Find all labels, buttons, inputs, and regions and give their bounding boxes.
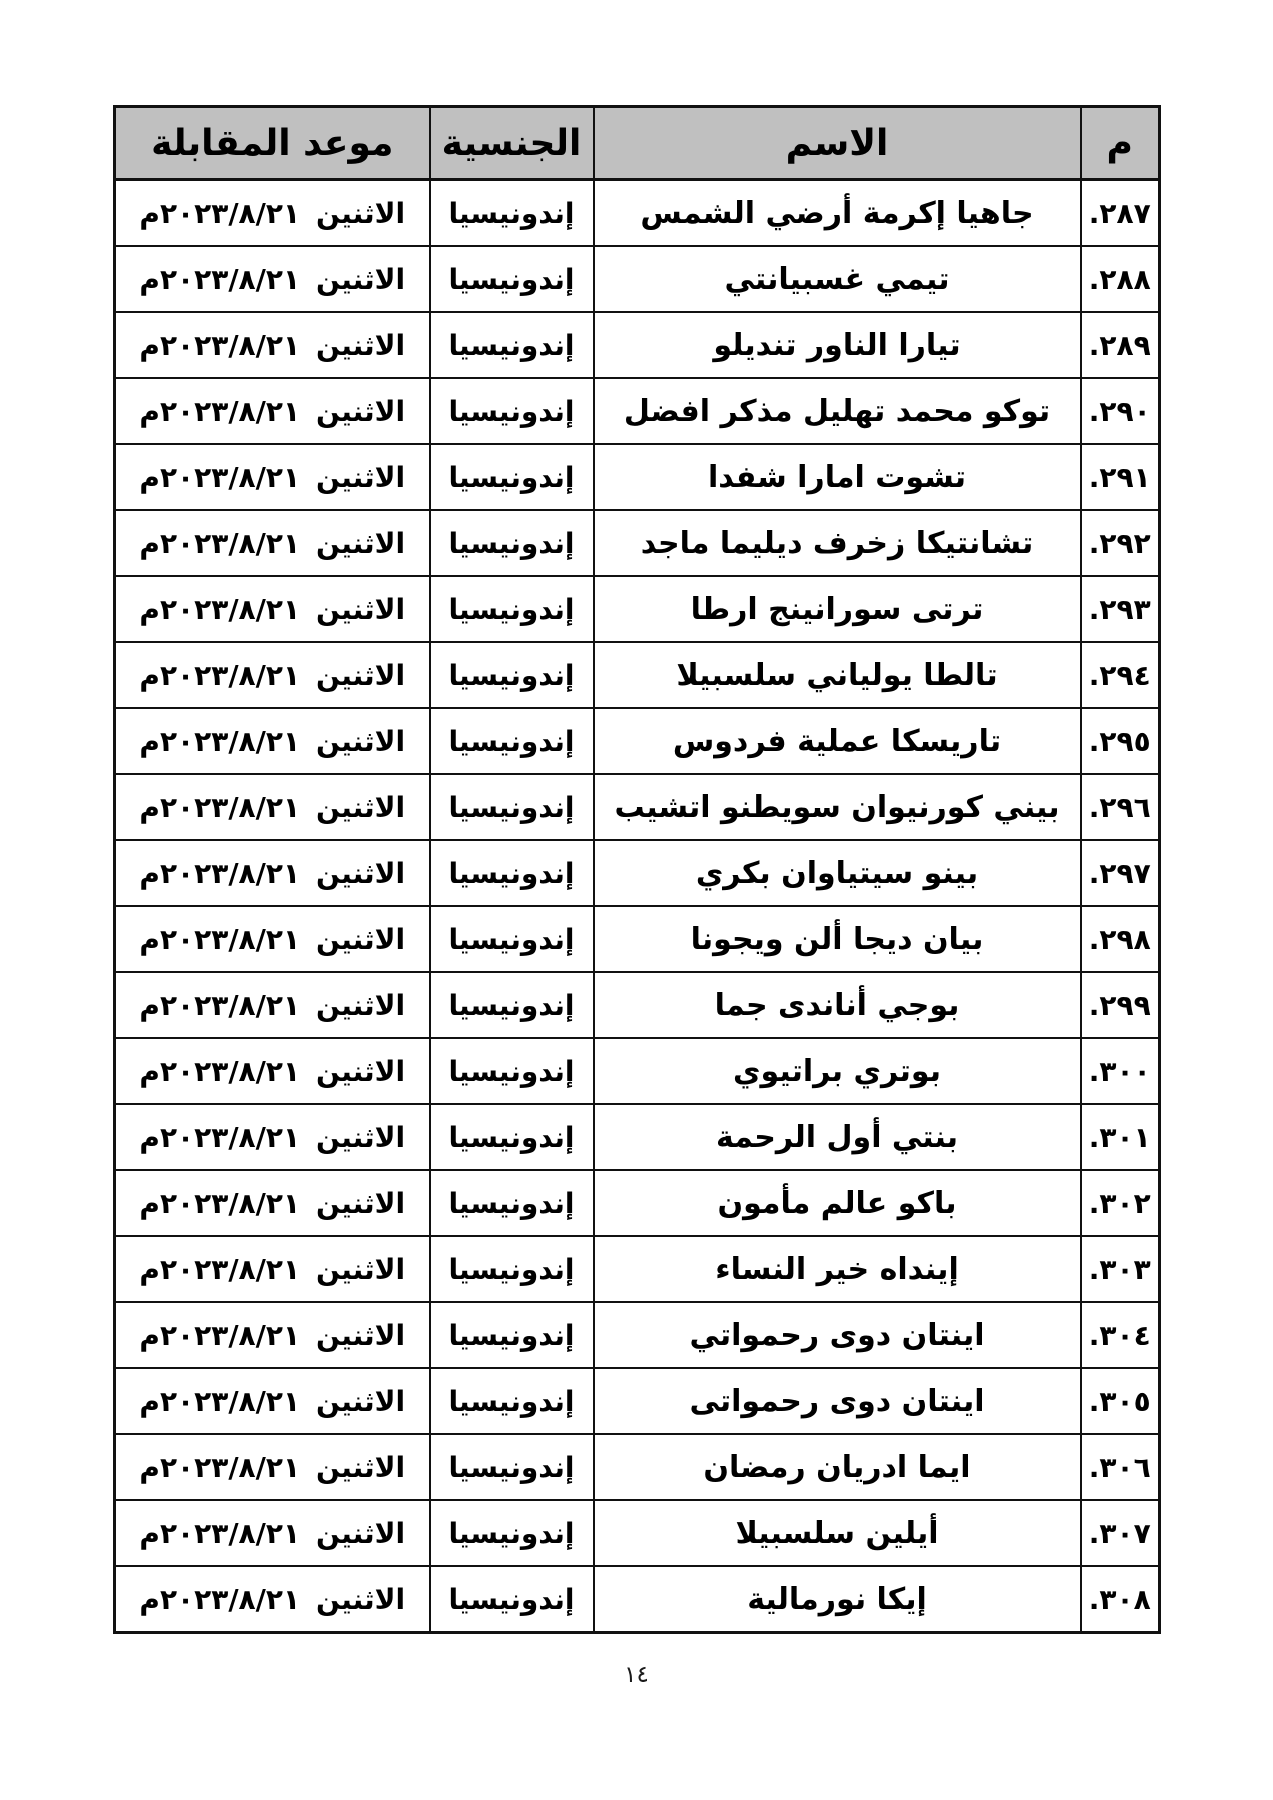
- table-row: ٣٠٨.إيكا نورماليةإندونيسياالاثنين٢٠٢٣/٨/…: [115, 1566, 1160, 1633]
- interview-date: ٢٠٢٣/٨/٢١م: [139, 989, 300, 1022]
- table-row: ٣٠٣.إينداه خير النساءإندونيسياالاثنين٢٠٢…: [115, 1236, 1160, 1302]
- header-row: م الاسم الجنسية موعد المقابلة: [115, 107, 1160, 180]
- interview-date-cell: الاثنين٢٠٢٣/٨/٢١م: [115, 1104, 430, 1170]
- interview-date-cell: الاثنين٢٠٢٣/٨/٢١م: [115, 246, 430, 312]
- row-number-cell: ٢٨٧.: [1081, 180, 1160, 247]
- table-row: ٢٩٢.تشانتيكا زخرف ديليما ماجدإندونيسياال…: [115, 510, 1160, 576]
- table-row: ٢٩٣.ترتى سورانينج ارطاإندونيسياالاثنين٢٠…: [115, 576, 1160, 642]
- interview-date-cell: الاثنين٢٠٢٣/٨/٢١م: [115, 1302, 430, 1368]
- page-number: ١٤: [0, 1662, 1273, 1688]
- row-number-cell: ٢٩١.: [1081, 444, 1160, 510]
- table-row: ٣٠٦.ايما ادريان رمضانإندونيسياالاثنين٢٠٢…: [115, 1434, 1160, 1500]
- name-cell: باكو عالم مأمون: [594, 1170, 1081, 1236]
- name-cell: تالطا يولياني سلسبيلا: [594, 642, 1081, 708]
- nationality-cell: إندونيسيا: [430, 510, 594, 576]
- nationality-cell: إندونيسيا: [430, 576, 594, 642]
- interview-date: ٢٠٢٣/٨/٢١م: [139, 1385, 300, 1418]
- interview-day: الاثنين: [316, 461, 405, 494]
- interview-day: الاثنين: [316, 989, 405, 1022]
- nationality-cell: إندونيسيا: [430, 1368, 594, 1434]
- table-row: ٣٠٢.باكو عالم مأمونإندونيسياالاثنين٢٠٢٣/…: [115, 1170, 1160, 1236]
- header-nationality: الجنسية: [430, 107, 594, 180]
- name-cell: تيمي غسبيانتي: [594, 246, 1081, 312]
- row-number-cell: ٢٩٥.: [1081, 708, 1160, 774]
- interview-day: الاثنين: [316, 329, 405, 362]
- interview-day: الاثنين: [316, 1121, 405, 1154]
- header-interview-date: موعد المقابلة: [115, 107, 430, 180]
- table-row: ٣٠٤.اينتان دوى رحمواتيإندونيسياالاثنين٢٠…: [115, 1302, 1160, 1368]
- interview-date-cell: الاثنين٢٠٢٣/٨/٢١م: [115, 972, 430, 1038]
- interview-day: الاثنين: [316, 1385, 405, 1418]
- interview-date-cell: الاثنين٢٠٢٣/٨/٢١م: [115, 1500, 430, 1566]
- nationality-cell: إندونيسيا: [430, 1170, 594, 1236]
- table-row: ٣٠٧.أيلين سلسبيلاإندونيسياالاثنين٢٠٢٣/٨/…: [115, 1500, 1160, 1566]
- interview-date-cell: الاثنين٢٠٢٣/٨/٢١م: [115, 906, 430, 972]
- name-cell: بيني كورنيوان سويطنو اتشيب: [594, 774, 1081, 840]
- row-number-cell: ٢٩٧.: [1081, 840, 1160, 906]
- interview-date: ٢٠٢٣/٨/٢١م: [139, 1187, 300, 1220]
- nationality-cell: إندونيسيا: [430, 444, 594, 510]
- interview-day: الاثنين: [316, 593, 405, 626]
- interview-date: ٢٠٢٣/٨/٢١م: [139, 1517, 300, 1550]
- interview-date-cell: الاثنين٢٠٢٣/٨/٢١م: [115, 840, 430, 906]
- interview-day: الاثنين: [316, 857, 405, 890]
- table-row: ٢٩٦.بيني كورنيوان سويطنو اتشيبإندونيسياا…: [115, 774, 1160, 840]
- interview-date: ٢٠٢٣/٨/٢١م: [139, 527, 300, 560]
- interview-date: ٢٠٢٣/٨/٢١م: [139, 923, 300, 956]
- row-number-cell: ٢٩٩.: [1081, 972, 1160, 1038]
- name-cell: بوجي أناندى جما: [594, 972, 1081, 1038]
- name-cell: تاريسكا عملية فردوس: [594, 708, 1081, 774]
- table-row: ٢٨٩.تيارا الناور تنديلوإندونيسياالاثنين٢…: [115, 312, 1160, 378]
- interview-date-cell: الاثنين٢٠٢٣/٨/٢١م: [115, 576, 430, 642]
- interview-day: الاثنين: [316, 1187, 405, 1220]
- interview-date: ٢٠٢٣/٨/٢١م: [139, 1451, 300, 1484]
- table-row: ٢٩٧.بينو سيتياوان بكريإندونيسياالاثنين٢٠…: [115, 840, 1160, 906]
- nationality-cell: إندونيسيا: [430, 774, 594, 840]
- interview-date: ٢٠٢٣/٨/٢١م: [139, 1319, 300, 1352]
- row-number-cell: ٢٩٣.: [1081, 576, 1160, 642]
- interview-date: ٢٠٢٣/٨/٢١م: [139, 395, 300, 428]
- header-number: م: [1081, 107, 1160, 180]
- interview-date: ٢٠٢٣/٨/٢١م: [139, 263, 300, 296]
- name-cell: اينتان دوى رحمواتي: [594, 1302, 1081, 1368]
- table-row: ٢٨٧.جاهيا إكرمة أرضي الشمسإندونيسياالاثن…: [115, 180, 1160, 247]
- interview-date-cell: الاثنين٢٠٢٣/٨/٢١م: [115, 774, 430, 840]
- interview-date-cell: الاثنين٢٠٢٣/٨/٢١م: [115, 1038, 430, 1104]
- table-row: ٢٩٨.بيان ديجا ألن ويجوناإندونيسياالاثنين…: [115, 906, 1160, 972]
- name-cell: بنتي أول الرحمة: [594, 1104, 1081, 1170]
- name-cell: جاهيا إكرمة أرضي الشمس: [594, 180, 1081, 247]
- interview-day: الاثنين: [316, 1583, 405, 1616]
- interview-day: الاثنين: [316, 197, 405, 230]
- row-number-cell: ٣٠٤.: [1081, 1302, 1160, 1368]
- row-number-cell: ٣٠٧.: [1081, 1500, 1160, 1566]
- nationality-cell: إندونيسيا: [430, 1038, 594, 1104]
- name-cell: إينداه خير النساء: [594, 1236, 1081, 1302]
- row-number-cell: ٢٩٨.: [1081, 906, 1160, 972]
- name-cell: بيان ديجا ألن ويجونا: [594, 906, 1081, 972]
- interview-date: ٢٠٢٣/٨/٢١م: [139, 461, 300, 494]
- interview-date: ٢٠٢٣/٨/٢١م: [139, 857, 300, 890]
- name-cell: تشوت امارا شفدا: [594, 444, 1081, 510]
- nationality-cell: إندونيسيا: [430, 840, 594, 906]
- row-number-cell: ٣٠٠.: [1081, 1038, 1160, 1104]
- name-cell: ايما ادريان رمضان: [594, 1434, 1081, 1500]
- interview-date-cell: الاثنين٢٠٢٣/٨/٢١م: [115, 1236, 430, 1302]
- table-row: ٣٠٥.اينتان دوى رحمواتىإندونيسياالاثنين٢٠…: [115, 1368, 1160, 1434]
- interview-date-cell: الاثنين٢٠٢٣/٨/٢١م: [115, 312, 430, 378]
- interview-date-cell: الاثنين٢٠٢٣/٨/٢١م: [115, 1566, 430, 1633]
- nationality-cell: إندونيسيا: [430, 1566, 594, 1633]
- row-number-cell: ٣٠١.: [1081, 1104, 1160, 1170]
- interview-day: الاثنين: [316, 1253, 405, 1286]
- nationality-cell: إندونيسيا: [430, 1104, 594, 1170]
- row-number-cell: ٣٠٦.: [1081, 1434, 1160, 1500]
- header-name: الاسم: [594, 107, 1081, 180]
- name-cell: بينو سيتياوان بكري: [594, 840, 1081, 906]
- table-row: ٣٠٠.بوتري براتيويإندونيسياالاثنين٢٠٢٣/٨/…: [115, 1038, 1160, 1104]
- interview-date-cell: الاثنين٢٠٢٣/٨/٢١م: [115, 642, 430, 708]
- row-number-cell: ٣٠٨.: [1081, 1566, 1160, 1633]
- nationality-cell: إندونيسيا: [430, 1302, 594, 1368]
- nationality-cell: إندونيسيا: [430, 1434, 594, 1500]
- name-cell: تيارا الناور تنديلو: [594, 312, 1081, 378]
- interview-date-cell: الاثنين٢٠٢٣/٨/٢١م: [115, 1434, 430, 1500]
- row-number-cell: ٢٩٤.: [1081, 642, 1160, 708]
- interview-date: ٢٠٢٣/٨/٢١م: [139, 791, 300, 824]
- interview-date: ٢٠٢٣/٨/٢١م: [139, 1253, 300, 1286]
- interview-date-cell: الاثنين٢٠٢٣/٨/٢١م: [115, 1170, 430, 1236]
- interview-date: ٢٠٢٣/٨/٢١م: [139, 329, 300, 362]
- nationality-cell: إندونيسيا: [430, 708, 594, 774]
- interview-date: ٢٠٢٣/٨/٢١م: [139, 1055, 300, 1088]
- interview-date: ٢٠٢٣/٨/٢١م: [139, 659, 300, 692]
- table-row: ٢٩٥.تاريسكا عملية فردوسإندونيسياالاثنين٢…: [115, 708, 1160, 774]
- nationality-cell: إندونيسيا: [430, 180, 594, 247]
- interview-day: الاثنين: [316, 263, 405, 296]
- row-number-cell: ٢٩٢.: [1081, 510, 1160, 576]
- row-number-cell: ٣٠٥.: [1081, 1368, 1160, 1434]
- table-row: ٢٩٠.توكو محمد تهليل مذكر افضلإندونيسياال…: [115, 378, 1160, 444]
- table-row: ٢٩٤.تالطا يولياني سلسبيلاإندونيسياالاثني…: [115, 642, 1160, 708]
- table-row: ٣٠١.بنتي أول الرحمةإندونيسياالاثنين٢٠٢٣/…: [115, 1104, 1160, 1170]
- interview-date-cell: الاثنين٢٠٢٣/٨/٢١م: [115, 180, 430, 247]
- row-number-cell: ٢٨٨.: [1081, 246, 1160, 312]
- interview-date: ٢٠٢٣/٨/٢١م: [139, 197, 300, 230]
- interview-date-cell: الاثنين٢٠٢٣/٨/٢١م: [115, 1368, 430, 1434]
- row-number-cell: ٢٨٩.: [1081, 312, 1160, 378]
- interview-day: الاثنين: [316, 395, 405, 428]
- nationality-cell: إندونيسيا: [430, 1236, 594, 1302]
- nationality-cell: إندونيسيا: [430, 1500, 594, 1566]
- interview-date-cell: الاثنين٢٠٢٣/٨/٢١م: [115, 708, 430, 774]
- interview-day: الاثنين: [316, 791, 405, 824]
- interview-date: ٢٠٢٣/٨/٢١م: [139, 1121, 300, 1154]
- row-number-cell: ٣٠٣.: [1081, 1236, 1160, 1302]
- name-cell: اينتان دوى رحمواتى: [594, 1368, 1081, 1434]
- interview-date-cell: الاثنين٢٠٢٣/٨/٢١م: [115, 510, 430, 576]
- interview-day: الاثنين: [316, 527, 405, 560]
- interview-day: الاثنين: [316, 1319, 405, 1352]
- row-number-cell: ٢٩٠.: [1081, 378, 1160, 444]
- interview-date-cell: الاثنين٢٠٢٣/٨/٢١م: [115, 444, 430, 510]
- row-number-cell: ٣٠٢.: [1081, 1170, 1160, 1236]
- nationality-cell: إندونيسيا: [430, 906, 594, 972]
- nationality-cell: إندونيسيا: [430, 642, 594, 708]
- nationality-cell: إندونيسيا: [430, 246, 594, 312]
- interview-day: الاثنين: [316, 1517, 405, 1550]
- interview-date-cell: الاثنين٢٠٢٣/٨/٢١م: [115, 378, 430, 444]
- table-row: ٢٩٩.بوجي أناندى جماإندونيسياالاثنين٢٠٢٣/…: [115, 972, 1160, 1038]
- interview-day: الاثنين: [316, 725, 405, 758]
- interview-roster-table: م الاسم الجنسية موعد المقابلة ٢٨٧.جاهيا …: [113, 105, 1161, 1634]
- name-cell: تشانتيكا زخرف ديليما ماجد: [594, 510, 1081, 576]
- nationality-cell: إندونيسيا: [430, 378, 594, 444]
- interview-date: ٢٠٢٣/٨/٢١م: [139, 725, 300, 758]
- interview-day: الاثنين: [316, 1451, 405, 1484]
- interview-day: الاثنين: [316, 659, 405, 692]
- table-row: ٢٨٨.تيمي غسبيانتيإندونيسياالاثنين٢٠٢٣/٨/…: [115, 246, 1160, 312]
- interview-day: الاثنين: [316, 923, 405, 956]
- roster-body: ٢٨٧.جاهيا إكرمة أرضي الشمسإندونيسياالاثن…: [115, 180, 1160, 1633]
- interview-day: الاثنين: [316, 1055, 405, 1088]
- nationality-cell: إندونيسيا: [430, 972, 594, 1038]
- name-cell: توكو محمد تهليل مذكر افضل: [594, 378, 1081, 444]
- interview-date: ٢٠٢٣/٨/٢١م: [139, 593, 300, 626]
- name-cell: إيكا نورمالية: [594, 1566, 1081, 1633]
- table-row: ٢٩١.تشوت امارا شفداإندونيسياالاثنين٢٠٢٣/…: [115, 444, 1160, 510]
- document-page: م الاسم الجنسية موعد المقابلة ٢٨٧.جاهيا …: [0, 0, 1273, 1800]
- row-number-cell: ٢٩٦.: [1081, 774, 1160, 840]
- nationality-cell: إندونيسيا: [430, 312, 594, 378]
- interview-date: ٢٠٢٣/٨/٢١م: [139, 1583, 300, 1616]
- name-cell: أيلين سلسبيلا: [594, 1500, 1081, 1566]
- name-cell: ترتى سورانينج ارطا: [594, 576, 1081, 642]
- name-cell: بوتري براتيوي: [594, 1038, 1081, 1104]
